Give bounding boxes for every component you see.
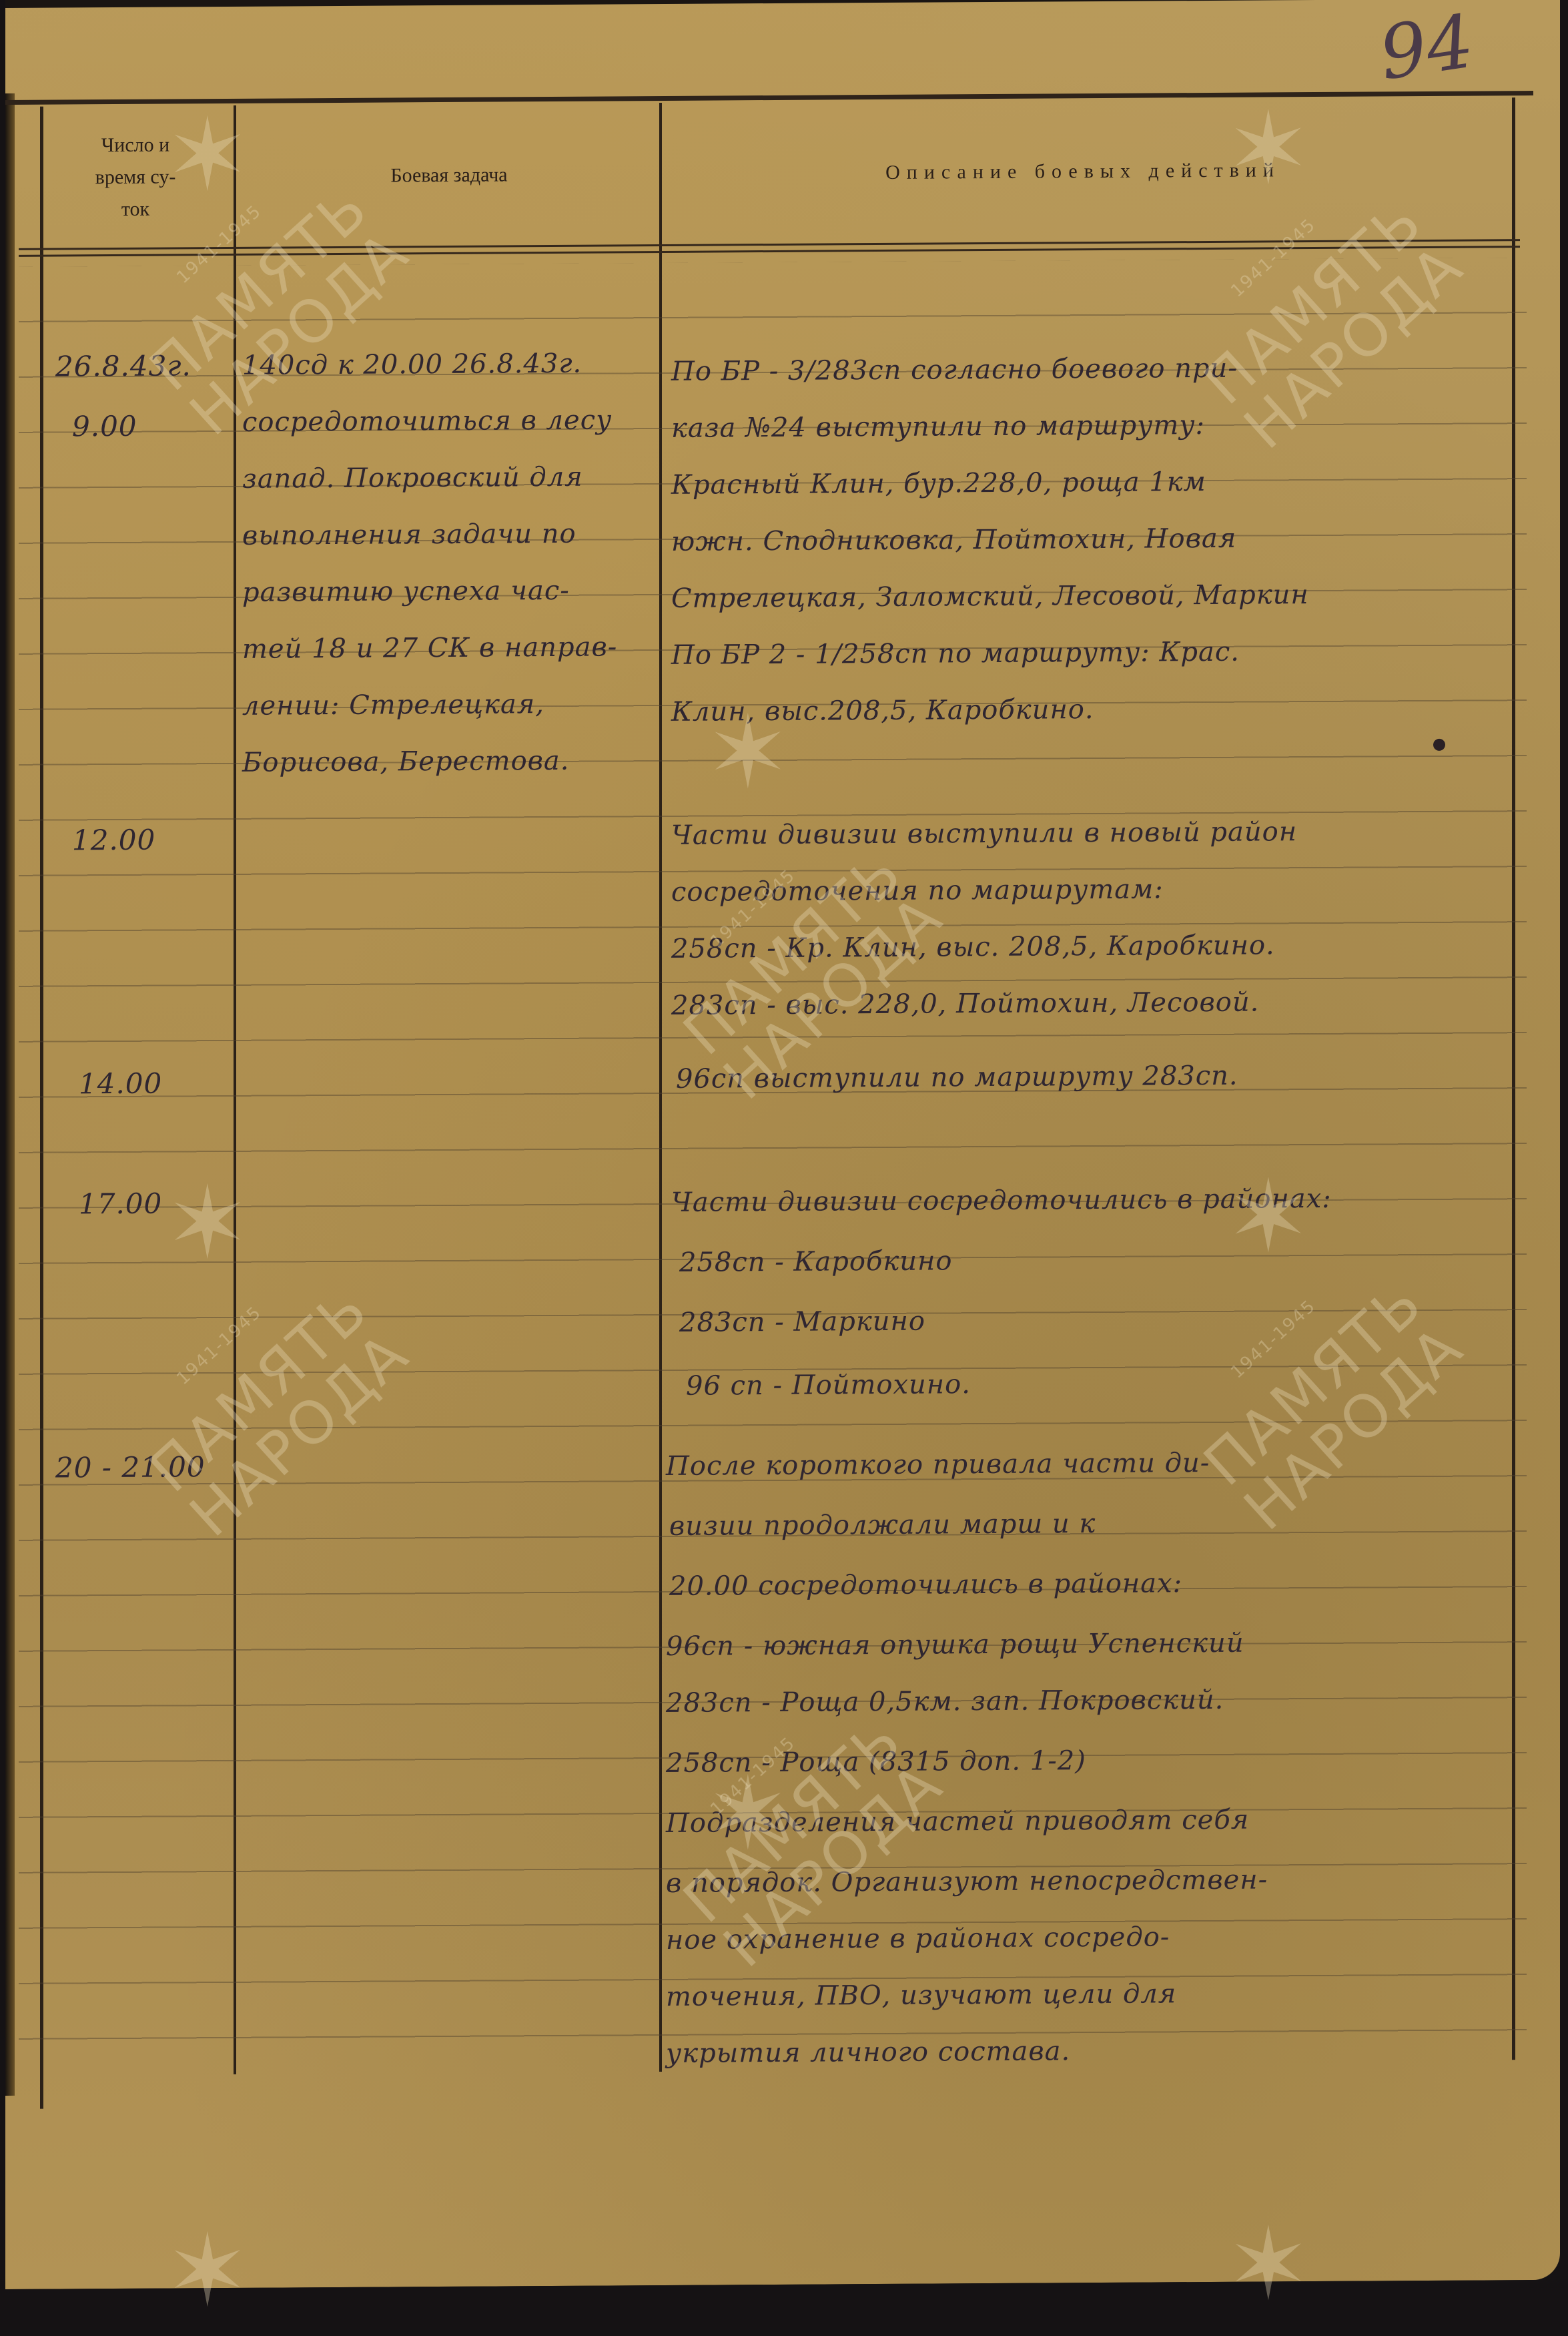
entry-time: 9.00 (72, 410, 137, 443)
header-combat-task: Боевая задача (239, 163, 659, 188)
page-number: 94 (1375, 0, 1479, 96)
description-line: ное охранение в районах сосредо- (666, 1922, 1170, 1956)
watermark-star-icon: ✶ (165, 2221, 250, 2322)
document-page: 94 Число и время су- ток Боевая задача О… (5, 0, 1560, 2289)
task-line: тей 18 и 27 СК в направ- (242, 631, 617, 664)
header-bottom-rule (19, 239, 1520, 257)
entry-time: 20 - 21.00 (55, 1450, 206, 1484)
description-line: 258сп - Каробкино (679, 1245, 952, 1278)
description-line: точения, ПВО, изучают цели для (666, 1978, 1176, 2012)
description-line: 96 сп - Пойтохино. (686, 1369, 971, 1402)
description-line: Части дивизии выступили в новый район (671, 816, 1297, 851)
task-line: сосредоточиться в лесу (242, 404, 612, 437)
description-line: каза №24 выступили по маршруту: (671, 410, 1205, 444)
watermark-star-icon: ✶ (706, 1764, 790, 1865)
entry-date: 26.8.43г. (55, 349, 191, 382)
entry-time: 17.00 (79, 1187, 162, 1221)
description-line: 283сп - выс. 228,0, Пойтохин, Лесовой. (671, 987, 1259, 1021)
description-line: визии продолжали марш и к (669, 1508, 1096, 1542)
description-line: 20.00 сосредоточились в районах: (669, 1568, 1182, 1602)
task-line: Борисова, Берестова. (242, 746, 570, 778)
task-line: лении: Стрелецкая, (242, 689, 544, 721)
top-edge-band (5, 0, 1560, 8)
description-line: сосредоточения по маршрутам: (671, 874, 1164, 908)
description-line: По БР 2 - 1/258сп по маршруту: Крас. (671, 637, 1240, 671)
watermark-star-icon: ✶ (165, 105, 250, 206)
description-line: 96сп выступили по маршруту 283сп. (676, 1061, 1238, 1095)
task-line: запад. Покровский для (242, 462, 583, 495)
task-line: выполнения задачи по (242, 519, 576, 551)
description-line: 283сп - Роща 0,5км. зап. Покровский. (666, 1685, 1224, 1719)
entry-time: 14.00 (79, 1067, 162, 1101)
binding-edge (5, 93, 15, 2096)
entry-time: 12.00 (72, 824, 155, 857)
task-line: 140сд к 20.00 26.8.43г. (242, 348, 582, 381)
watermark-star-icon: ✶ (1226, 1167, 1310, 1267)
watermark-star-icon: ✶ (706, 703, 790, 804)
description-line: укрытия личного состава. (666, 2036, 1070, 2069)
description-line: После короткого привала части ди- (666, 1448, 1210, 1482)
description-line: 258сп - Кр. Клин, выс. 208,5, Каробкино. (671, 930, 1275, 964)
watermark-star-icon: ✶ (1226, 99, 1310, 200)
watermark-star-icon: ✶ (165, 1173, 250, 1274)
description-line: 283сп - Маркино (679, 1306, 925, 1338)
description-line: южн. Сподниковка, Пойтохин, Новая (671, 523, 1236, 557)
description-line: Стрелецкая, Заломский, Лесовой, Маркин (671, 579, 1309, 614)
ink-dot (1433, 739, 1445, 751)
watermark-star-icon: ✶ (1226, 2215, 1310, 2315)
task-line: развитию успеха час- (242, 575, 570, 608)
description-line: Красный Клин, бур.228,0, роща 1км (671, 467, 1206, 501)
description-line: 96сп - южная опушка рощи Успенский (666, 1628, 1244, 1662)
header-combat-description: Описание боевых действий (666, 158, 1500, 186)
description-line: По БР - 3/283сп согласно боевого при- (671, 353, 1238, 387)
